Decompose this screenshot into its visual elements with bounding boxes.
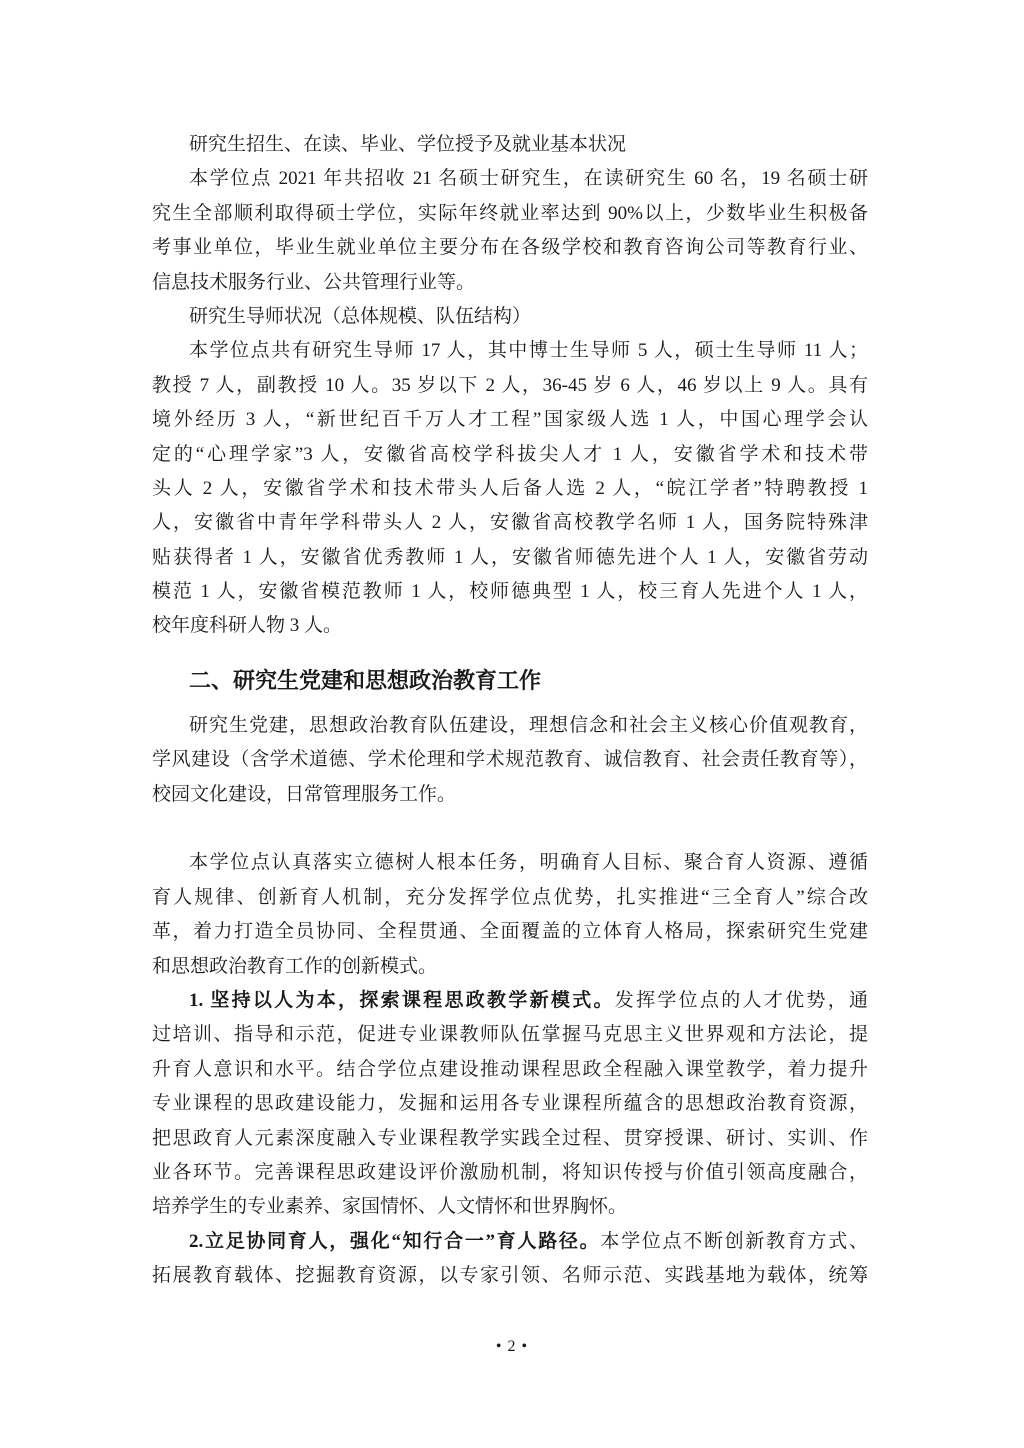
text-run: 头人 2 人，安徽省学术和技术带头人后备人选 2 人，“皖江学者”特聘教授 1 <box>152 478 868 499</box>
text-run: 专业课程的思政建设能力，发掘和运用各专业课程所蕴含的思想政治教育资源， <box>152 1093 868 1114</box>
enrollment-stats: 本学位点 2021 年共招收 21 名硕士研究生，在读研究生 60 名，19 名… <box>152 162 868 300</box>
text-line: 考事业单位，毕业生就业单位主要分布在各级学校和教育咨询公司等教育行业、 <box>152 231 868 265</box>
text-run: 研究生招生、在读、毕业、学位授予及就业基本状况 <box>189 134 626 155</box>
text-line: 革，着力打造全员协同、全程贯通、全面覆盖的立体育人格局，探索研究生党建 <box>152 915 868 949</box>
text-run: 人，安徽省中青年学科带头人 2 人，安徽省高校教学名师 1 人，国务院特殊津 <box>152 512 868 533</box>
text-line: 1. 坚持以人为本，探索课程思政教学新模式。发挥学位点的人才优势，通 <box>152 984 868 1018</box>
text-line: 把思政育人元素深度融入专业课程教学实践全过程、贯穿授课、研讨、实训、作 <box>152 1122 868 1156</box>
text-run: 信息技术服务行业、公共管理行业等。 <box>152 272 475 293</box>
text-run: 贴获得者 1 人，安徽省优秀教师 1 人，安徽省师德先进个人 1 人，安徽省劳动 <box>152 547 868 568</box>
text-line: 贴获得者 1 人，安徽省优秀教师 1 人，安徽省师德先进个人 1 人，安徽省劳动 <box>152 541 868 575</box>
text-line: 校园文化建设，日常管理服务工作。 <box>152 778 868 812</box>
text-run: 究生全部顺利取得硕士学位，实际年终就业率达到 90%以上，少数毕业生积极备 <box>152 203 868 224</box>
text-run: 本学位点不断创新教育方式、 <box>600 1231 868 1252</box>
text-run: 革，着力打造全员协同、全程贯通、全面覆盖的立体育人格局，探索研究生党建 <box>152 921 868 942</box>
text-line: 本学位点共有研究生导师 17 人，其中博士生导师 5 人，硕士生导师 11 人； <box>152 334 868 368</box>
text-line: 信息技术服务行业、公共管理行业等。 <box>152 266 868 300</box>
text-run: 研究生党建，思想政治教育队伍建设，理想信念和社会主义核心价值观教育， <box>189 715 868 736</box>
text-run: 拓展教育载体、挖掘教育资源，以专家引领、名师示范、实践基地为载体，统筹 <box>152 1265 868 1286</box>
text-line: 2.立足协同育人，强化“知行合一”育人路径。本学位点不断创新教育方式、 <box>152 1225 868 1259</box>
text-run: 过培训、指导和示范，促进专业课教师队伍掌握马克思主义世界观和方法论，提 <box>152 1024 868 1045</box>
text-line: 本学位点 2021 年共招收 21 名硕士研究生，在读研究生 60 名，19 名… <box>152 162 868 196</box>
text-line: 研究生招生、在读、毕业、学位授予及就业基本状况 <box>152 128 868 162</box>
text-line: 头人 2 人，安徽省学术和技术带头人后备人选 2 人，“皖江学者”特聘教授 1 <box>152 472 868 506</box>
text-line: 校年度科研人物 3 人。 <box>152 609 868 643</box>
text-line: 模范 1 人，安徽省模范教师 1 人，校师德典型 1 人，校三育人先进个人 1 … <box>152 575 868 609</box>
text-line: 过培训、指导和示范，促进专业课教师队伍掌握马克思主义世界观和方法论，提 <box>152 1018 868 1052</box>
text-run: 境外经历 3 人，“新世纪百千万人才工程”国家级人选 1 人，中国心理学会认 <box>152 409 868 430</box>
text-line: 和思想政治教育工作的创新模式。 <box>152 950 868 984</box>
text-run: 校年度科研人物 3 人。 <box>152 615 342 636</box>
blank-line <box>152 812 868 846</box>
text-run: 本学位点 2021 年共招收 21 名硕士研究生，在读研究生 60 名，19 名… <box>189 168 868 189</box>
text-line: 人，安徽省中青年学科带头人 2 人，安徽省高校教学名师 1 人，国务院特殊津 <box>152 506 868 540</box>
text-line: 究生全部顺利取得硕士学位，实际年终就业率达到 90%以上，少数毕业生积极备 <box>152 197 868 231</box>
text-line: 境外经历 3 人，“新世纪百千万人才工程”国家级人选 1 人，中国心理学会认 <box>152 403 868 437</box>
text-run: 升育人意识和水平。结合学位点建设推动课程思政全程融入课堂教学，着力提升 <box>152 1059 868 1080</box>
text-run: 本学位点认真落实立德树人根本任务，明确育人目标、聚合育人资源、遵循 <box>189 852 868 873</box>
text-line: 业各环节。完善课程思政建设评价激励机制，将知识传授与价值引领高度融合， <box>152 1156 868 1190</box>
text-line: 本学位点认真落实立德树人根本任务，明确育人目标、聚合育人资源、遵循 <box>152 846 868 880</box>
text-run: 校园文化建设，日常管理服务工作。 <box>152 784 456 805</box>
point-2-collaborative-education: 2.立足协同育人，强化“知行合一”育人路径。本学位点不断创新教育方式、拓展教育载… <box>152 1225 868 1294</box>
document-page: 研究生招生、在读、毕业、学位授予及就业基本状况本学位点 2021 年共招收 21… <box>0 0 1024 1448</box>
text-run: 发挥学位点的人才优势，通 <box>615 990 868 1011</box>
text-line: 培养学生的专业素养、家国情怀、人文情怀和世界胸怀。 <box>152 1190 868 1224</box>
text-line: 二、研究生党建和思想政治教育工作 <box>152 657 868 705</box>
bold-text-run: 2.立足协同育人，强化“知行合一”育人路径。 <box>189 1231 600 1252</box>
text-line: 升育人意识和水平。结合学位点建设推动课程思政全程融入课堂教学，着力提升 <box>152 1053 868 1087</box>
text-line: 学风建设（含学术道德、学术伦理和学术规范教育、诚信教育、社会责任教育等）， <box>152 743 868 777</box>
text-run: 模范 1 人，安徽省模范教师 1 人，校师德典型 1 人，校三育人先进个人 1 … <box>152 581 868 602</box>
text-line: 研究生导师状况（总体规模、队伍结构） <box>152 300 868 334</box>
text-run: 培养学生的专业素养、家国情怀、人文情怀和世界胸怀。 <box>152 1196 627 1217</box>
overall-approach: 本学位点认真落实立德树人根本任务，明确育人目标、聚合育人资源、遵循育人规律、创新… <box>152 846 868 984</box>
text-run: 研究生导师状况（总体规模、队伍结构） <box>189 306 531 327</box>
text-run: 和思想政治教育工作的创新模式。 <box>152 956 437 977</box>
text-line: 专业课程的思政建设能力，发掘和运用各专业课程所蕴含的思想政治教育资源， <box>152 1087 868 1121</box>
supervisor-stats: 本学位点共有研究生导师 17 人，其中博士生导师 5 人，硕士生导师 11 人；… <box>152 334 868 644</box>
supervisor-status-intro: 研究生导师状况（总体规模、队伍结构） <box>152 300 868 334</box>
section-2-heading: 二、研究生党建和思想政治教育工作 <box>152 657 868 705</box>
text-run: 把思政育人元素深度融入专业课程教学实践全过程、贯穿授课、研讨、实训、作 <box>152 1128 868 1149</box>
text-run: 育人规律、创新育人机制，充分发挥学位点优势，扎实推进“三全育人”综合改 <box>152 887 868 908</box>
text-run: 业各环节。完善课程思政建设评价激励机制，将知识传授与价值引领高度融合， <box>152 1162 868 1183</box>
enrollment-status-intro: 研究生招生、在读、毕业、学位授予及就业基本状况 <box>152 128 868 162</box>
text-line: 教授 7 人，副教授 10 人。35 岁以下 2 人，36-45 岁 6 人，4… <box>152 369 868 403</box>
section-2-scope: 研究生党建，思想政治教育队伍建设，理想信念和社会主义核心价值观教育，学风建设（含… <box>152 709 868 812</box>
point-1-curriculum-ideology: 1. 坚持以人为本，探索课程思政教学新模式。发挥学位点的人才优势，通过培训、指导… <box>152 984 868 1225</box>
text-run: 教授 7 人，副教授 10 人。35 岁以下 2 人，36-45 岁 6 人，4… <box>152 375 868 396</box>
text-run: 考事业单位，毕业生就业单位主要分布在各级学校和教育咨询公司等教育行业、 <box>152 237 868 258</box>
text-run: 二、研究生党建和思想政治教育工作 <box>189 668 541 693</box>
text-run: 学风建设（含学术道德、学术伦理和学术规范教育、诚信教育、社会责任教育等）， <box>152 749 868 770</box>
text-run: 本学位点共有研究生导师 17 人，其中博士生导师 5 人，硕士生导师 11 人； <box>189 340 868 361</box>
text-line: 育人规律、创新育人机制，充分发挥学位点优势，扎实推进“三全育人”综合改 <box>152 881 868 915</box>
text-run: 定的“心理学家”3 人，安徽省高校学科拔尖人才 1 人，安徽省学术和技术带 <box>152 444 868 465</box>
page-number: • 2 • <box>0 1338 1024 1356</box>
document-body: 研究生招生、在读、毕业、学位授予及就业基本状况本学位点 2021 年共招收 21… <box>152 128 868 1294</box>
text-line: 拓展教育载体、挖掘教育资源，以专家引领、名师示范、实践基地为载体，统筹 <box>152 1259 868 1293</box>
text-line: 研究生党建，思想政治教育队伍建设，理想信念和社会主义核心价值观教育， <box>152 709 868 743</box>
bold-text-run: 1. 坚持以人为本，探索课程思政教学新模式。 <box>189 990 615 1011</box>
text-line: 定的“心理学家”3 人，安徽省高校学科拔尖人才 1 人，安徽省学术和技术带 <box>152 438 868 472</box>
